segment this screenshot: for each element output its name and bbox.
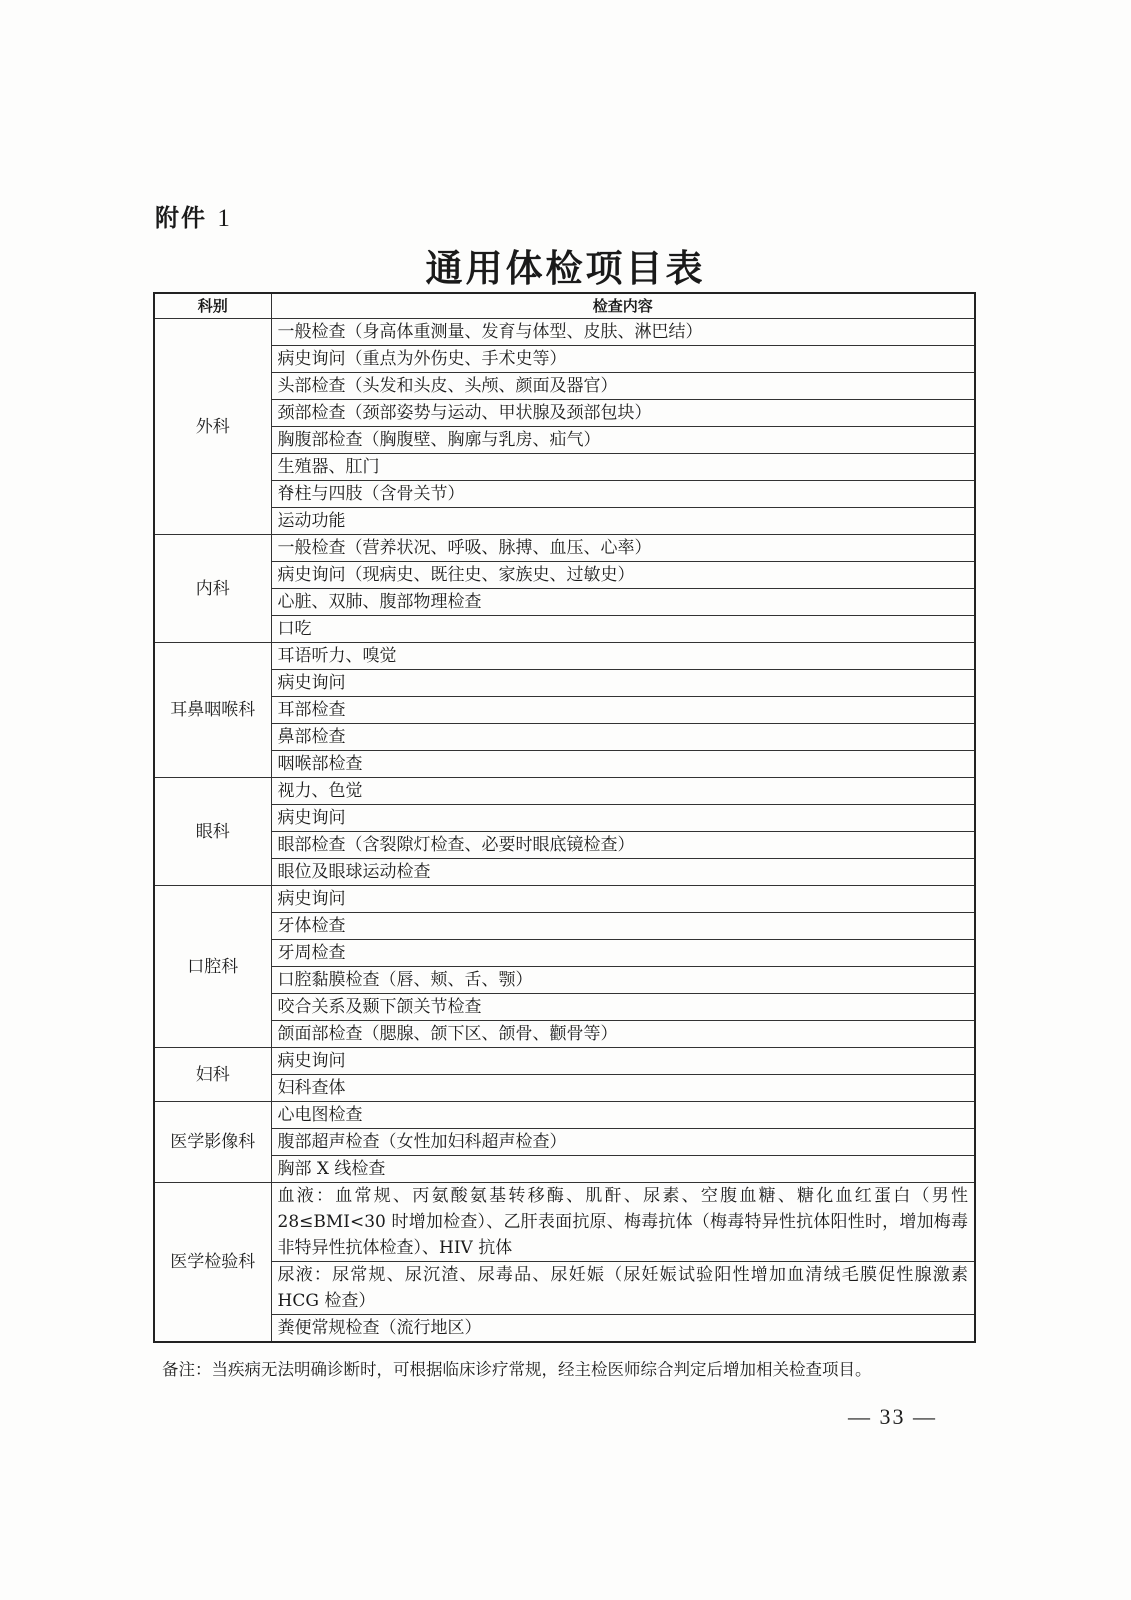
table-row: 眼科 视力、色觉 xyxy=(154,778,975,805)
table-row: 心脏、双肺、腹部物理检查 xyxy=(154,589,975,616)
attachment-number: 1 xyxy=(217,205,232,232)
page-number: — 33 — xyxy=(848,1404,937,1430)
table-row: 粪便常规检查（流行地区） xyxy=(154,1315,975,1343)
table-row: 病史询问 xyxy=(154,670,975,697)
item-cell: 眼位及眼球运动检查 xyxy=(271,859,975,886)
item-cell: 咽喉部检查 xyxy=(271,751,975,778)
item-cell: 颈部检查（颈部姿势与运动、甲状腺及颈部包块） xyxy=(271,400,975,427)
table-row: 内科 一般检查（营养状况、呼吸、脉搏、血压、心率） xyxy=(154,535,975,562)
item-cell: 病史询问 xyxy=(271,1048,975,1075)
table-row: 妇科查体 xyxy=(154,1075,975,1102)
item-cell: 牙体检查 xyxy=(271,913,975,940)
table-row: 医学影像科 心电图检查 xyxy=(154,1102,975,1129)
table-row: 咽喉部检查 xyxy=(154,751,975,778)
department-cell: 眼科 xyxy=(154,778,271,886)
item-cell: 一般检查（身高体重测量、发育与体型、皮肤、淋巴结） xyxy=(271,319,975,346)
column-header-content: 检查内容 xyxy=(271,293,975,319)
item-cell: 胸部 X 线检查 xyxy=(271,1156,975,1183)
table-row: 胸部 X 线检查 xyxy=(154,1156,975,1183)
item-cell: 颌面部检查（腮腺、颌下区、颌骨、颧骨等） xyxy=(271,1021,975,1048)
table-row: 病史询问（现病史、既往史、家族史、过敏史） xyxy=(154,562,975,589)
item-cell: 生殖器、肛门 xyxy=(271,454,975,481)
item-cell: 视力、色觉 xyxy=(271,778,975,805)
item-cell: 病史询问 xyxy=(271,886,975,913)
table-row: 耳部检查 xyxy=(154,697,975,724)
item-cell: 耳语听力、嗅觉 xyxy=(271,643,975,670)
table-row: 颈部检查（颈部姿势与运动、甲状腺及颈部包块） xyxy=(154,400,975,427)
item-cell: 脊柱与四肢（含骨关节） xyxy=(271,481,975,508)
department-cell: 口腔科 xyxy=(154,886,271,1048)
table-header-row: 科别 检查内容 xyxy=(154,293,975,319)
page-title: 通用体检项目表 xyxy=(0,238,1131,292)
item-cell: 眼部检查（含裂隙灯检查、必要时眼底镜检查） xyxy=(271,832,975,859)
department-cell: 妇科 xyxy=(154,1048,271,1102)
department-cell: 医学检验科 xyxy=(154,1183,271,1343)
item-cell: 粪便常规检查（流行地区） xyxy=(271,1315,975,1343)
department-cell: 内科 xyxy=(154,535,271,643)
item-cell: 咬合关系及颞下颌关节检查 xyxy=(271,994,975,1021)
table-row: 颌面部检查（腮腺、颌下区、颌骨、颧骨等） xyxy=(154,1021,975,1048)
table-row: 口腔科 病史询问 xyxy=(154,886,975,913)
department-cell: 医学影像科 xyxy=(154,1102,271,1183)
item-cell: 鼻部检查 xyxy=(271,724,975,751)
item-cell: 心电图检查 xyxy=(271,1102,975,1129)
item-cell: 病史询问 xyxy=(271,670,975,697)
column-header-department: 科别 xyxy=(154,293,271,319)
table-row: 病史询问 xyxy=(154,805,975,832)
table-row: 病史询问（重点为外伤史、手术史等） xyxy=(154,346,975,373)
department-cell: 耳鼻咽喉科 xyxy=(154,643,271,778)
table-row: 生殖器、肛门 xyxy=(154,454,975,481)
table-row: 眼部检查（含裂隙灯检查、必要时眼底镜检查） xyxy=(154,832,975,859)
item-cell: 口吃 xyxy=(271,616,975,643)
item-cell: 血液：血常规、丙氨酸氨基转移酶、肌酐、尿素、空腹血糖、糖化血红蛋白（男性 28≤… xyxy=(271,1183,975,1262)
item-cell: 运动功能 xyxy=(271,508,975,535)
item-cell: 病史询问（现病史、既往史、家族史、过敏史） xyxy=(271,562,975,589)
table-row: 运动功能 xyxy=(154,508,975,535)
table-row: 牙周检查 xyxy=(154,940,975,967)
item-cell: 妇科查体 xyxy=(271,1075,975,1102)
footnote: 备注：当疾病无法明确诊断时，可根据临床诊疗常规，经主检医师综合判定后增加相关检查… xyxy=(162,1356,872,1380)
item-cell: 尿液：尿常规、尿沉渣、尿毒品、尿妊娠（尿妊娠试验阳性增加血清绒毛膜促性腺激素 H… xyxy=(271,1262,975,1315)
item-cell: 耳部检查 xyxy=(271,697,975,724)
item-cell: 腹部超声检查（女性加妇科超声检查） xyxy=(271,1129,975,1156)
table-row: 口吃 xyxy=(154,616,975,643)
attachment-label-text: 附件 xyxy=(155,204,207,232)
exam-items-table: 科别 检查内容 外科 一般检查（身高体重测量、发育与体型、皮肤、淋巴结） 病史询… xyxy=(153,292,976,1343)
department-cell: 外科 xyxy=(154,319,271,535)
attachment-label: 附件 1 xyxy=(155,198,232,233)
table-row: 脊柱与四肢（含骨关节） xyxy=(154,481,975,508)
table-row: 腹部超声检查（女性加妇科超声检查） xyxy=(154,1129,975,1156)
table-row: 口腔黏膜检查（唇、颊、舌、颚） xyxy=(154,967,975,994)
item-cell: 头部检查（头发和头皮、头颅、颜面及器官） xyxy=(271,373,975,400)
table-row: 尿液：尿常规、尿沉渣、尿毒品、尿妊娠（尿妊娠试验阳性增加血清绒毛膜促性腺激素 H… xyxy=(154,1262,975,1315)
table-row: 鼻部检查 xyxy=(154,724,975,751)
item-cell: 病史询问 xyxy=(271,805,975,832)
item-cell: 口腔黏膜检查（唇、颊、舌、颚） xyxy=(271,967,975,994)
table-row: 头部检查（头发和头皮、头颅、颜面及器官） xyxy=(154,373,975,400)
item-cell: 一般检查（营养状况、呼吸、脉搏、血压、心率） xyxy=(271,535,975,562)
table-row: 眼位及眼球运动检查 xyxy=(154,859,975,886)
item-cell: 胸腹部检查（胸腹壁、胸廓与乳房、疝气） xyxy=(271,427,975,454)
table-row: 外科 一般检查（身高体重测量、发育与体型、皮肤、淋巴结） xyxy=(154,319,975,346)
table-row: 医学检验科 血液：血常规、丙氨酸氨基转移酶、肌酐、尿素、空腹血糖、糖化血红蛋白（… xyxy=(154,1183,975,1262)
item-cell: 病史询问（重点为外伤史、手术史等） xyxy=(271,346,975,373)
table-row: 牙体检查 xyxy=(154,913,975,940)
table-row: 胸腹部检查（胸腹壁、胸廓与乳房、疝气） xyxy=(154,427,975,454)
item-cell: 心脏、双肺、腹部物理检查 xyxy=(271,589,975,616)
table-row: 妇科 病史询问 xyxy=(154,1048,975,1075)
table-row: 耳鼻咽喉科 耳语听力、嗅觉 xyxy=(154,643,975,670)
table-row: 咬合关系及颞下颌关节检查 xyxy=(154,994,975,1021)
item-cell: 牙周检查 xyxy=(271,940,975,967)
